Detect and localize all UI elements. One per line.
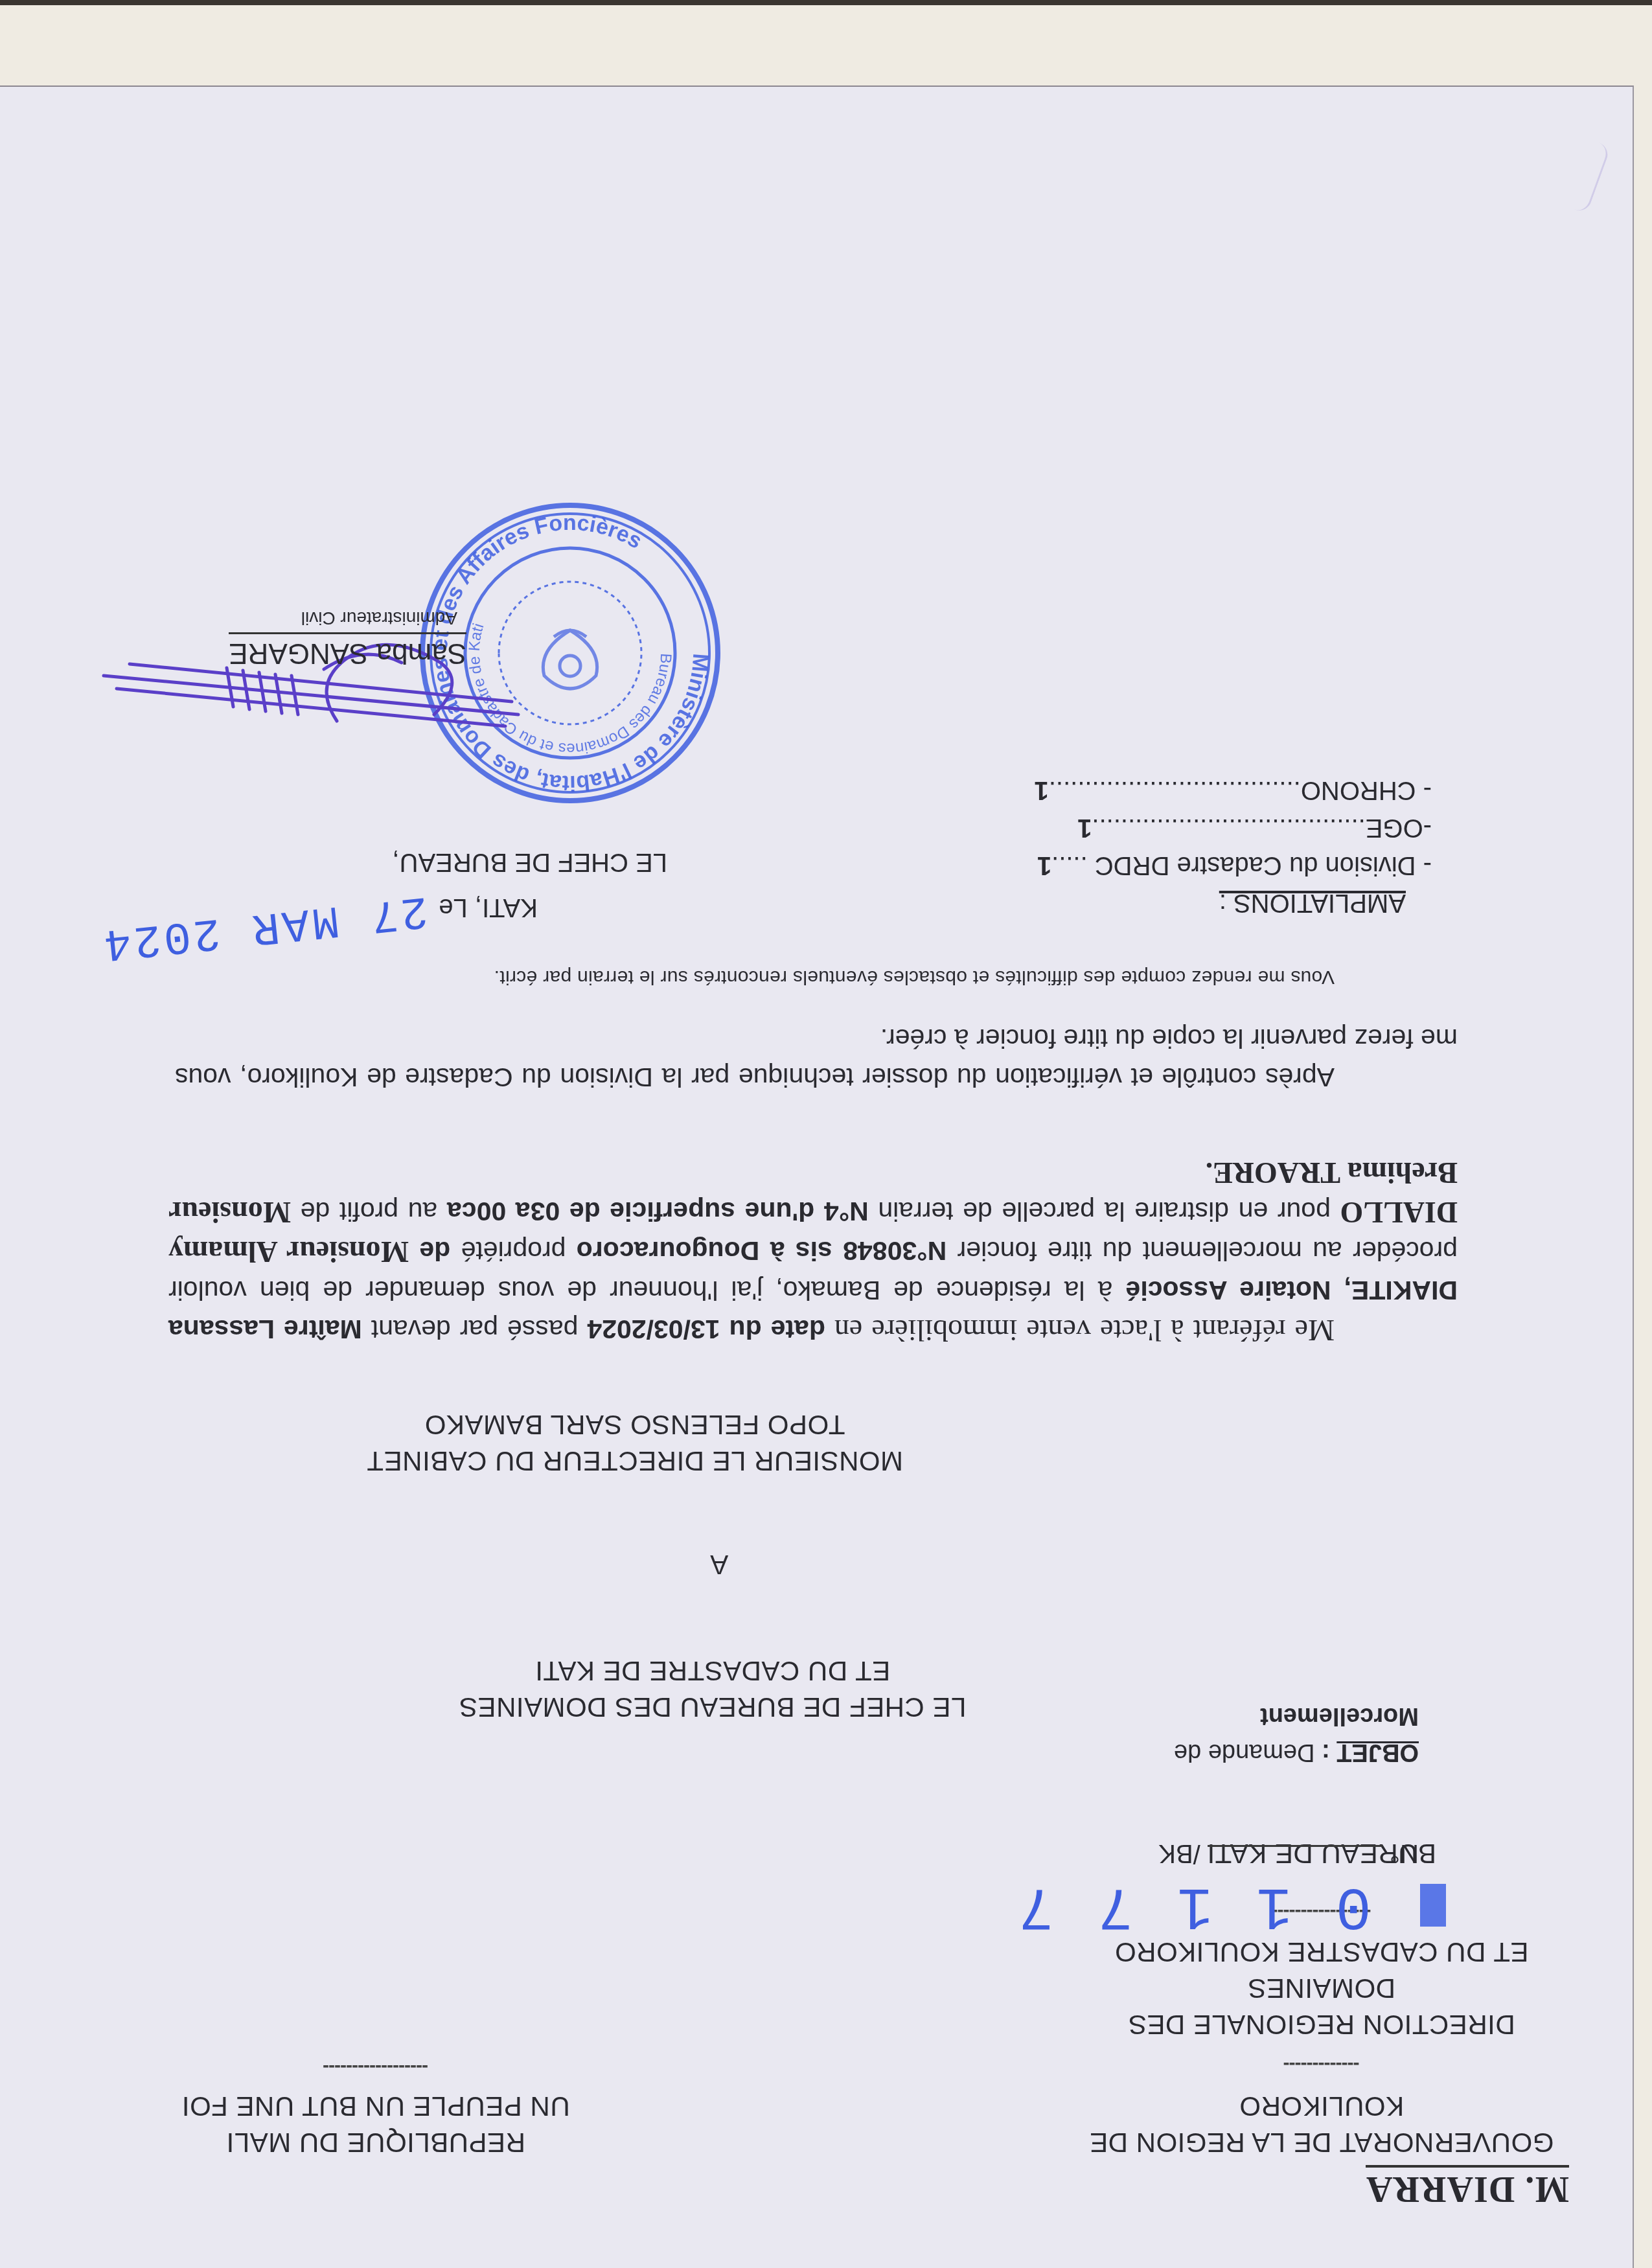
ampliation-label: -OGE: [1366, 814, 1432, 842]
signatory-title: LE CHEF DE BUREAU,: [392, 847, 667, 876]
body-run: propriété: [450, 1236, 577, 1266]
republic-line: REPUBLIQUE DU MALI: [143, 2124, 609, 2160]
to-label: A: [700, 1546, 739, 1583]
region-line: KOULIKORO: [1069, 2088, 1574, 2124]
ampliations-list: - Division du Cadastre DRDC .....1-OGE..…: [901, 772, 1432, 884]
objet-value: Demande de: [1174, 1739, 1315, 1766]
ampliation-item: - CHRONO................................…: [901, 772, 1432, 809]
body-run: pour en distraire la parcelle de terrain: [869, 1197, 1340, 1226]
body-run: Me référant à l'acte vente immobilière e…: [825, 1314, 1335, 1347]
sender-line-1: LE CHEF DE BUREAU DES DOMAINES: [441, 1689, 985, 1725]
recipient-line-2: TOPO FELENSO SARL BAMAKO: [343, 1406, 926, 1443]
objet-block: OBJET : Demande de Morcellement: [1174, 1698, 1419, 1770]
objet-value-2: Morcellement: [1174, 1698, 1419, 1734]
ampliation-dots: ......................................: [1092, 814, 1365, 842]
reference-suffix: /BK: [1158, 1839, 1200, 1868]
date-stamp: 27 MAR 2024: [99, 884, 431, 968]
body-run: N°4 d'une superficie de 03a 00ca: [447, 1197, 869, 1226]
ampliation-count: 1: [1035, 776, 1049, 805]
ampliations-heading: AMPLIATIONS :: [901, 884, 1406, 922]
reference-blank: [1208, 1845, 1382, 1847]
governorate-line: GOUVERNORAT DE LA REGION DE: [1069, 2124, 1574, 2160]
ampliation-dots: ...................................: [1049, 776, 1301, 805]
ampliation-dots: .....: [1051, 851, 1095, 880]
separator: -------------: [1069, 2046, 1574, 2083]
body-paragraph-1: Me référant à l'acte vente immobilière e…: [168, 1152, 1458, 1349]
date-line: KATI, Le: [439, 893, 538, 922]
author-initials: M. DIARRA: [1366, 2165, 1569, 2209]
body-run: passé par devant: [362, 1314, 588, 1344]
reference-line: N° /BK: [1158, 1838, 1419, 1868]
body-run: de: [419, 1236, 450, 1266]
signatory-name: Samba SANGARE: [229, 632, 466, 669]
body-run: N°30848 sis à Dougouracoro: [577, 1236, 946, 1266]
pencil-mark: [1548, 133, 1611, 214]
body-run: date du 13/03/2024: [587, 1314, 825, 1344]
ampliation-item: -OGE....................................…: [901, 809, 1432, 847]
ampliation-label: - CHRONO: [1301, 776, 1432, 805]
document-sheet: M. DIARRA GOUVERNORAT DE LA REGION DE KO…: [0, 86, 1634, 2268]
motto-line: UN PEUPLE UN BUT UNE FOI: [143, 2088, 609, 2124]
coat-of-arms-icon: [543, 630, 597, 689]
recipient-line-1: MONSIEUR LE DIRECTEUR DU CABINET: [343, 1443, 926, 1479]
ampliation-count: 1: [1077, 814, 1092, 842]
signatory-rank: Administrateur Civil: [220, 608, 457, 628]
ampliation-count: 1: [1037, 851, 1051, 880]
body-paragraph-3: Vous me rendez compte des difficultés et…: [168, 966, 1335, 988]
stamped-number: 0 1 1 7 7: [1015, 1872, 1371, 1940]
reference-number-stamp: 0 1 1 7 7: [1015, 1875, 1446, 1935]
date-prefix: KATI, Le: [439, 893, 538, 922]
body-run: au profit de: [291, 1197, 447, 1226]
stamp-block-mark: [1420, 1884, 1446, 1927]
right-header-block: REPUBLIQUE DU MALI UN PEUPLE UN BUT UNE …: [143, 2049, 609, 2160]
scanner-edge: [0, 0, 1652, 5]
body-paragraph-2: Après contrôle et vérification du dossie…: [175, 1019, 1458, 1097]
ampliation-label: - Division du Cadastre DRDC: [1095, 851, 1432, 880]
ampliations-block: AMPLIATIONS : - Division du Cadastre DRD…: [901, 772, 1432, 922]
sender-line-2: ET DU CADASTRE DE KATI: [441, 1653, 985, 1689]
recipient-block: MONSIEUR LE DIRECTEUR DU CABINET TOPO FE…: [343, 1406, 926, 1479]
direction-line: DIRECTION REGIONALE DES DOMAINES: [1069, 1970, 1574, 2043]
signatory-block: Samba SANGARE Administrateur Civil: [220, 608, 466, 669]
objet-label: OBJET: [1337, 1739, 1419, 1766]
ampliation-item: - Division du Cadastre DRDC .....1: [901, 847, 1432, 884]
sender-block: LE CHEF DE BUREAU DES DOMAINES ET DU CAD…: [441, 1653, 985, 1725]
reference-label: N°: [1390, 1839, 1419, 1868]
letter-page: M. DIARRA GOUVERNORAT DE LA REGION DE KO…: [0, 87, 1633, 2268]
separator: ------------------: [143, 2049, 609, 2085]
